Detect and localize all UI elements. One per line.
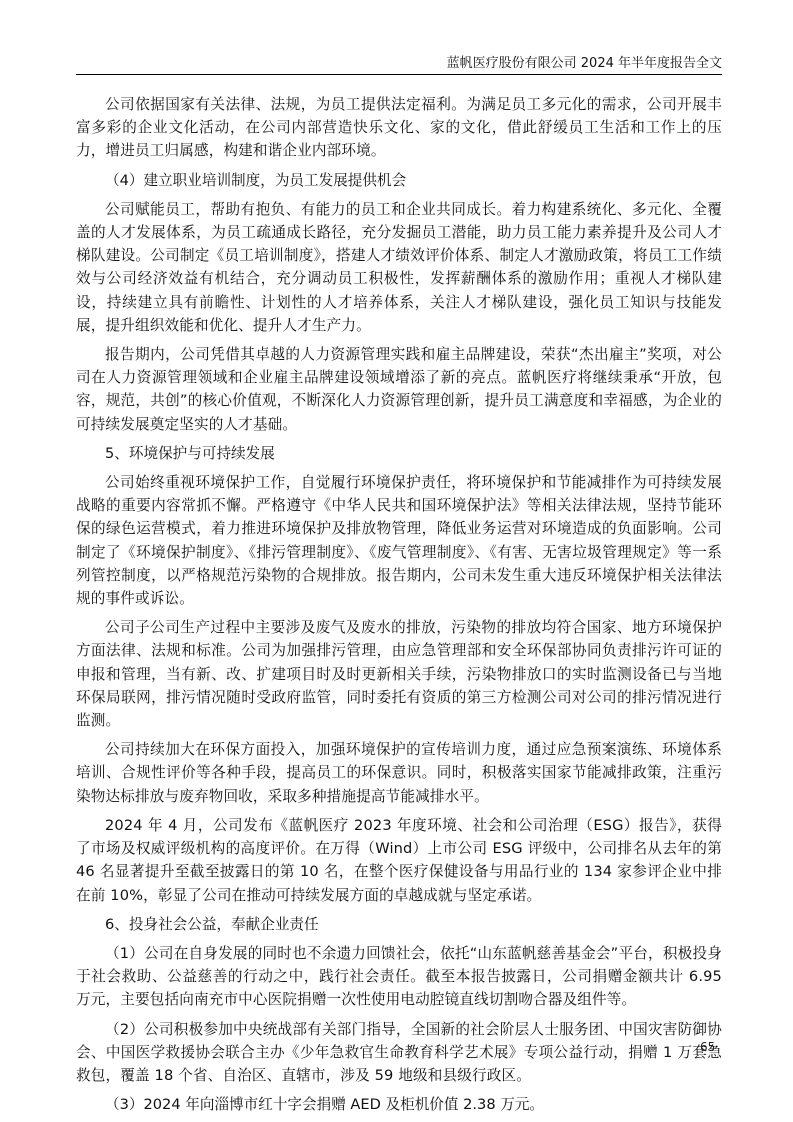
paragraph-environmental-investment: 公司持续加大在环保方面投入，加强环境保护的宣传培训力度，通过应急预案演练、环境体… (76, 738, 722, 808)
report-title: 蓝帆医疗股份有限公司 2024 年半年度报告全文 (447, 56, 722, 71)
heading-training-system: （4）建立职业培训制度，为员工发展提供机会 (76, 169, 722, 192)
paragraph-employer-award: 报告期内，公司凭借其卓越的人力资源管理实践和雇主品牌建设，荣获“杰出雇主”奖项，… (76, 343, 722, 436)
paragraph-talent-development: 公司赋能员工，帮助有抱负、有能力的员工和企业共同成长。着力构建系统化、多元化、全… (76, 198, 722, 337)
paragraph-charity-donation: （1）公司在自身发展的同时也不余遗力回馈社会，依托“山东蓝帆慈善基金会”平台，积… (76, 942, 722, 1012)
paragraph-emissions-management: 公司子公司生产过程中主要涉及废气及废水的排放，污染物的排放均符合国家、地方环境保… (76, 616, 722, 732)
page-number: 65 (700, 1040, 715, 1054)
heading-environmental-protection: 5、环境保护与可持续发展 (76, 442, 722, 465)
document-body: 公司依据国家有关法律、法规，为员工提供法定福利。为满足员工多元化的需求，公司开展… (76, 93, 722, 1122)
page-header: 蓝帆医疗股份有限公司 2024 年半年度报告全文 (76, 52, 722, 75)
heading-social-welfare: 6、投身社会公益，奉献企业责任 (76, 913, 722, 936)
paragraph-employee-welfare: 公司依据国家有关法律、法规，为员工提供法定福利。为满足员工多元化的需求，公司开展… (76, 93, 722, 163)
paragraph-esg-report: 2024 年 4 月，公司发布《蓝帆医疗 2023 年度环境、社会和公司治理（E… (76, 814, 722, 907)
paragraph-first-aid-program: （2）公司积极参加中央统战部有关部门指导，全国新的社会阶层人士服务团、中国灾害防… (76, 1018, 722, 1088)
paragraph-aed-donation: （3）2024 年向淄博市红十字会捐赠 AED 及柜机价值 2.38 万元。 (76, 1093, 722, 1116)
paragraph-environment-policy: 公司始终重视环境保护工作，自觉履行环境保护责任，将环境保护和节能减排作为可持续发… (76, 471, 722, 610)
